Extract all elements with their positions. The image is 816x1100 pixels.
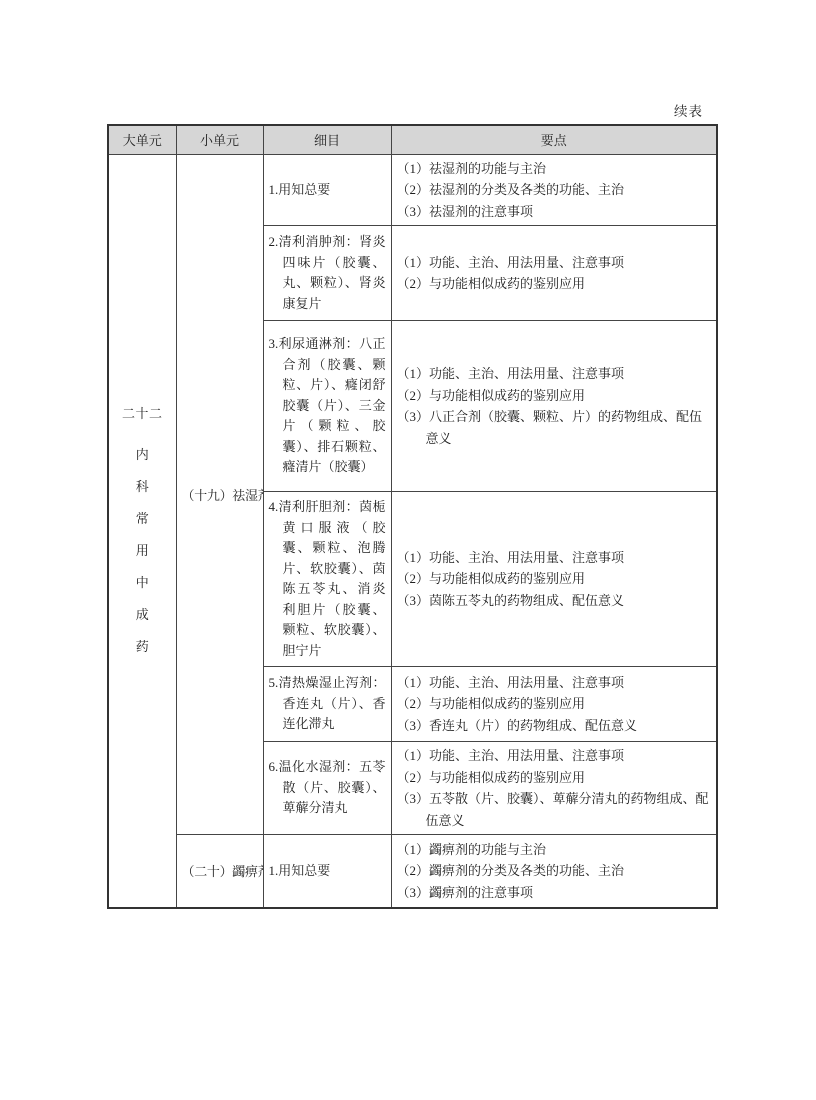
point-line: （1）蠲痹剂的功能与主治 (397, 839, 712, 861)
points-cell: （1）功能、主治、用法用量、注意事项 （2）与功能相似成药的鉴别应用 （3）茵陈… (391, 492, 717, 667)
points-cell: （1）功能、主治、用法用量、注意事项 （2）与功能相似成药的鉴别应用 （3）八正… (391, 321, 717, 492)
point-line: （3）香连丸（片）的药物组成、配伍意义 (397, 715, 712, 737)
item-text: 3.利尿通淋剂：八正合剂（胶囊、颗粒、片）、癃闭舒胶囊（片）、三金片（颗粒、胶囊… (269, 334, 386, 478)
table-row: （二十）蠲痹剂 1.用知总要 （1）蠲痹剂的功能与主治 （2）蠲痹剂的分类及各类… (108, 835, 717, 908)
point-line: （1）功能、主治、用法用量、注意事项 (397, 252, 712, 274)
point-line: （2）与功能相似成药的鉴别应用 (397, 568, 712, 590)
item-text: 4.清利肝胆剂：茵栀黄口服液（胶囊、颗粒、泡腾片、软胶囊）、茵陈五苓丸、消炎利胆… (269, 497, 386, 661)
header-major-unit: 大单元 (108, 125, 176, 154)
item-cell: 6.温化水湿剂：五苓散（片、胶囊）、萆薢分清丸 (263, 742, 391, 835)
syllabus-table: 大单元 小单元 细目 要点 二十二 内 科 常 用 中 成 药 （十九）祛湿剂 … (107, 124, 718, 909)
points-cell: （1）功能、主治、用法用量、注意事项 （2）与功能相似成药的鉴别应用 (391, 226, 717, 321)
points-cell: （1）蠲痹剂的功能与主治 （2）蠲痹剂的分类及各类的功能、主治 （3）蠲痹剂的注… (391, 835, 717, 908)
minor-unit-cell: （十九）祛湿剂 (176, 154, 263, 835)
item-cell: 5.清热燥湿止泻剂：香连丸（片）、香连化滞丸 (263, 667, 391, 742)
point-line: （3）八正合剂（胶囊、颗粒、片）的药物组成、配伍意义 (397, 406, 712, 449)
point-line: （3）祛湿剂的注意事项 (397, 201, 712, 223)
item-cell: 1.用知总要 (263, 154, 391, 226)
points-cell: （1）功能、主治、用法用量、注意事项 （2）与功能相似成药的鉴别应用 （3）香连… (391, 667, 717, 742)
points-cell: （1）功能、主治、用法用量、注意事项 （2）与功能相似成药的鉴别应用 （3）五苓… (391, 742, 717, 835)
item-cell: 1.用知总要 (263, 835, 391, 908)
point-line: （2）与功能相似成药的鉴别应用 (397, 273, 712, 295)
item-cell: 4.清利肝胆剂：茵栀黄口服液（胶囊、颗粒、泡腾片、软胶囊）、茵陈五苓丸、消炎利胆… (263, 492, 391, 667)
point-line: （3）五苓散（片、胶囊）、萆薢分清丸的药物组成、配伍意义 (397, 788, 712, 831)
item-text: 5.清热燥湿止泻剂：香连丸（片）、香连化滞丸 (269, 673, 386, 735)
point-line: （1）功能、主治、用法用量、注意事项 (397, 672, 712, 694)
point-line: （2）与功能相似成药的鉴别应用 (397, 385, 712, 407)
item-text: 1.用知总要 (269, 861, 386, 882)
major-unit-name: 内 科 常 用 中 成 药 (114, 439, 171, 663)
header-minor-unit: 小单元 (176, 125, 263, 154)
item-cell: 2.清利消肿剂：肾炎四味片（胶囊、丸、颗粒）、肾炎康复片 (263, 226, 391, 321)
point-line: （3）茵陈五苓丸的药物组成、配伍意义 (397, 590, 712, 612)
point-line: （3）蠲痹剂的注意事项 (397, 882, 712, 904)
item-text: 2.清利消肿剂：肾炎四味片（胶囊、丸、颗粒）、肾炎康复片 (269, 232, 386, 314)
point-line: （2）与功能相似成药的鉴别应用 (397, 693, 712, 715)
continued-table-label: 续表 (107, 100, 717, 120)
item-cell: 3.利尿通淋剂：八正合剂（胶囊、颗粒、片）、癃闭舒胶囊（片）、三金片（颗粒、胶囊… (263, 321, 391, 492)
point-line: （1）功能、主治、用法用量、注意事项 (397, 745, 712, 767)
header-item: 细目 (263, 125, 391, 154)
item-text: 6.温化水湿剂：五苓散（片、胶囊）、萆薢分清丸 (269, 757, 386, 819)
point-line: （1）功能、主治、用法用量、注意事项 (397, 363, 712, 385)
document-page: 续表 大单元 小单元 细目 要点 二十二 内 科 常 用 中 成 药 （十九）祛… (107, 100, 717, 909)
points-cell: （1）祛湿剂的功能与主治 （2）祛湿剂的分类及各类的功能、主治 （3）祛湿剂的注… (391, 154, 717, 226)
table-header-row: 大单元 小单元 细目 要点 (108, 125, 717, 154)
major-unit-cell: 二十二 内 科 常 用 中 成 药 (108, 154, 176, 908)
point-line: （1）功能、主治、用法用量、注意事项 (397, 547, 712, 569)
minor-unit-cell: （二十）蠲痹剂 (176, 835, 263, 908)
table-row: 二十二 内 科 常 用 中 成 药 （十九）祛湿剂 1.用知总要 （1）祛湿剂的… (108, 154, 717, 226)
point-line: （1）祛湿剂的功能与主治 (397, 158, 712, 180)
item-text: 1.用知总要 (269, 180, 386, 201)
point-line: （2）祛湿剂的分类及各类的功能、主治 (397, 179, 712, 201)
header-keypoints: 要点 (391, 125, 717, 154)
point-line: （2）蠲痹剂的分类及各类的功能、主治 (397, 860, 712, 882)
point-line: （2）与功能相似成药的鉴别应用 (397, 767, 712, 789)
major-unit-number: 二十二 (114, 399, 171, 429)
